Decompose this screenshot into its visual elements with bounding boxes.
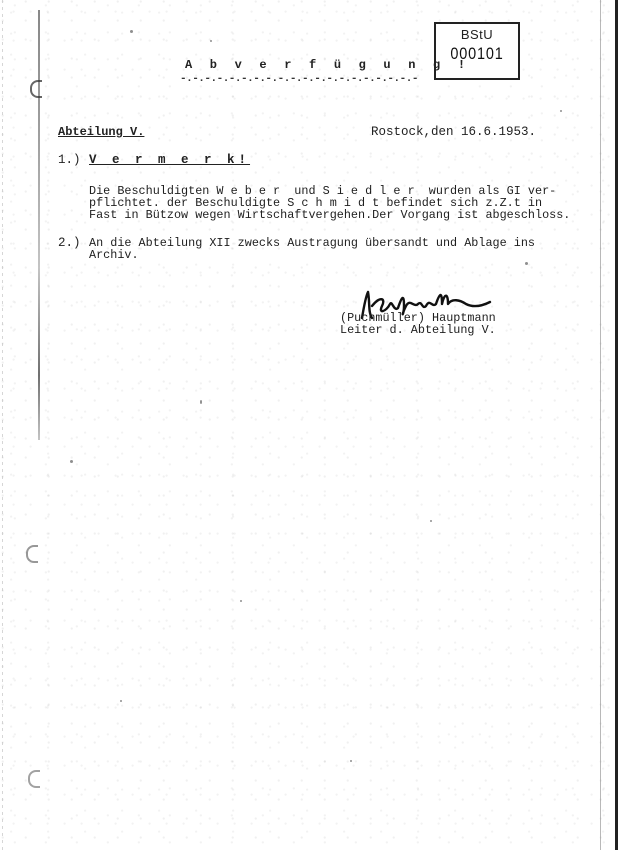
speck bbox=[70, 460, 73, 463]
item-number: 1.) bbox=[58, 153, 81, 167]
speck bbox=[210, 40, 212, 42]
body-line: Fast in Bützow wegen Wirtschaftvergehen.… bbox=[89, 209, 570, 221]
department: Abteilung V. bbox=[58, 125, 144, 139]
margin-edge bbox=[2, 0, 3, 850]
speck bbox=[120, 700, 122, 702]
place-date: Rostock,den 16.6.1953. bbox=[371, 125, 536, 139]
speck bbox=[200, 400, 202, 404]
body-line: An die Abteilung XII zwecks Austragung ü… bbox=[89, 237, 535, 249]
speck bbox=[350, 760, 352, 762]
speck bbox=[430, 520, 432, 522]
signatory-position: Leiter d. Abteilung V. bbox=[340, 323, 496, 337]
speck bbox=[130, 30, 133, 33]
speck bbox=[525, 262, 528, 265]
stamp-label: BStU bbox=[436, 27, 518, 42]
body-line: Archiv. bbox=[89, 249, 139, 261]
punch-hole-mark bbox=[26, 545, 38, 563]
speck bbox=[560, 110, 562, 112]
document-page: BStU 000101 A b v e r f ü g u n g ! -.-.… bbox=[0, 0, 618, 850]
item-number: 2.) bbox=[58, 236, 81, 250]
page-edge-line bbox=[600, 0, 601, 850]
document-title: A b v e r f ü g u n g ! bbox=[185, 58, 470, 72]
item-heading: V e r m e r k! bbox=[89, 153, 250, 167]
speck bbox=[240, 600, 242, 602]
binding-line bbox=[38, 10, 40, 440]
punch-hole-mark bbox=[30, 80, 42, 98]
title-underline: -.-.-.-.-.-.-.-.-.-.-.-.-.-.-.-.-.-.-.- bbox=[180, 73, 418, 85]
punch-hole-mark bbox=[28, 770, 40, 788]
